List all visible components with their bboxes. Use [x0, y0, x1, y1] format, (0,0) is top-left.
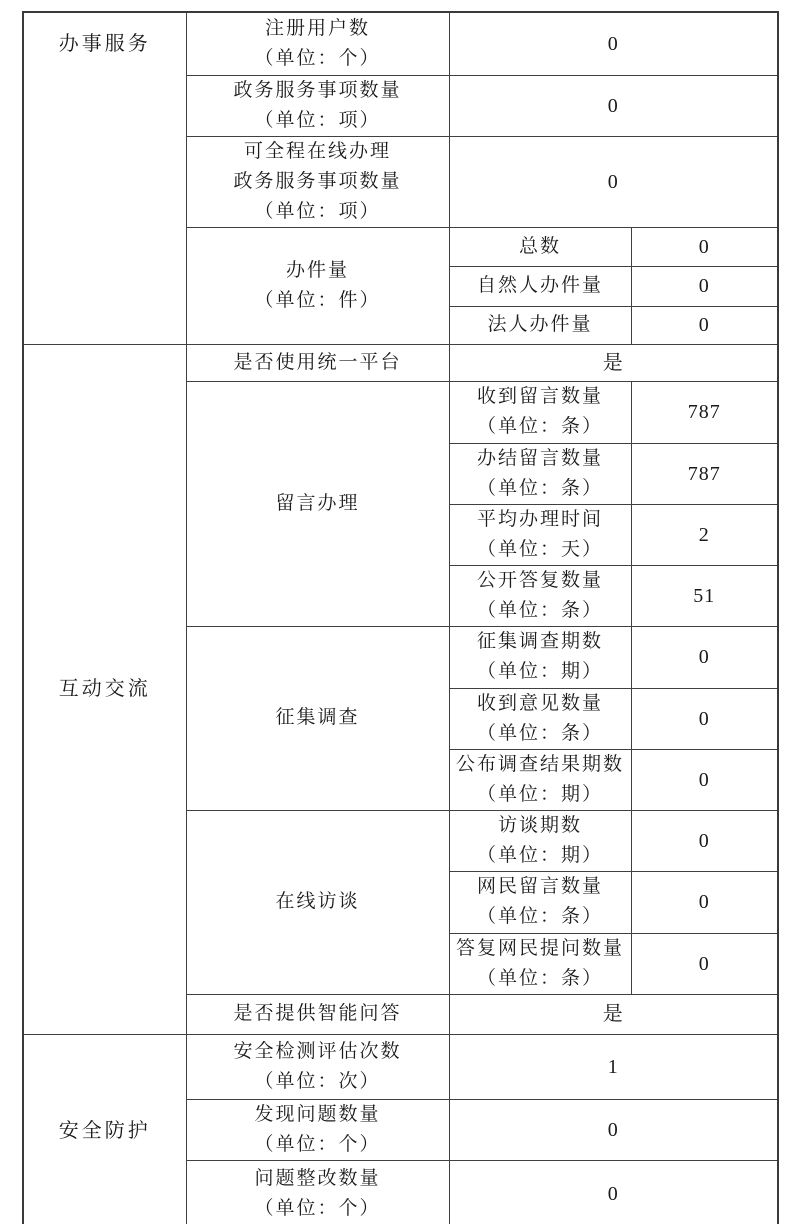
value-cell-unified-platform: 是 — [449, 344, 778, 381]
value-cell-smart-qa: 是 — [449, 994, 778, 1034]
item-cell-unified-platform: 是否使用统一平台 — [186, 344, 449, 381]
item-cell-security-assessments: 安全检测评估次数 （单位：次） — [186, 1034, 449, 1099]
subitem-label: 收到意见数量 — [450, 689, 631, 719]
subitem-unit: （单位：条） — [450, 474, 631, 504]
item-cell-liuyan-banli: 留言办理 — [186, 381, 449, 626]
subitem-cell-avg-handling-time: 平均办理时间 （单位：天） — [449, 504, 631, 565]
table-row: 互动交流 是否使用统一平台 是 — [23, 344, 778, 381]
item-cell-banjianliang: 办件量 （单位：件） — [186, 227, 449, 344]
value-cell-results-published: 0 — [631, 749, 778, 810]
item-label: 可全程在线办理 — [187, 137, 449, 167]
subitem-label: 答复网民提问数量 — [450, 934, 631, 964]
subitem-label: 公开答复数量 — [450, 566, 631, 596]
subitem-cell-legal-person: 法人办件量 — [449, 306, 631, 344]
item-label: 问题整改数量 — [187, 1164, 449, 1194]
subitem-cell-messages-received: 收到留言数量 （单位：条） — [449, 381, 631, 443]
subitem-unit: （单位：条） — [450, 964, 631, 994]
value-cell-total: 0 — [631, 227, 778, 266]
item-cell-problems-rectified: 问题整改数量 （单位：个） — [186, 1160, 449, 1224]
subitem-unit: （单位：期） — [450, 841, 631, 871]
value-cell-avg-handling-time: 2 — [631, 504, 778, 565]
report-page: 办事服务 注册用户数 （单位：个） 0 政务服务事项数量 （单位：项） 0 可全… — [0, 0, 800, 1224]
subitem-cell-survey-periods: 征集调查期数 （单位：期） — [449, 626, 631, 688]
value-cell-netizen-messages: 0 — [631, 871, 778, 933]
subitem-label: 办结留言数量 — [450, 444, 631, 474]
subitem-label: 收到留言数量 — [450, 382, 631, 412]
item-label: 注册用户数 — [187, 14, 449, 44]
item-label: 政务服务事项数量 — [187, 76, 449, 106]
section-label-anquan-fanghu: 安全防护 — [23, 1034, 186, 1224]
value-cell-online-items: 0 — [449, 136, 778, 227]
value-cell-registered-users: 0 — [449, 12, 778, 75]
section-label-hudong-jiaoliu: 互动交流 — [23, 344, 186, 1034]
value-cell-questions-answered: 0 — [631, 933, 778, 994]
item-unit: （单位：次） — [187, 1067, 449, 1097]
item-unit: （单位：件） — [187, 286, 449, 316]
item-cell-smart-qa: 是否提供智能问答 — [186, 994, 449, 1034]
value-cell-problems-rectified: 0 — [449, 1160, 778, 1224]
item-cell-online-items: 可全程在线办理 政务服务事项数量 （单位：项） — [186, 136, 449, 227]
item-cell-registered-users: 注册用户数 （单位：个） — [186, 12, 449, 75]
value-cell-messages-received: 787 — [631, 381, 778, 443]
value-cell-natural-person: 0 — [631, 266, 778, 306]
subitem-unit: （单位：期） — [450, 780, 631, 810]
item-unit: （单位：项） — [187, 106, 449, 136]
item-label: 发现问题数量 — [187, 1100, 449, 1130]
subitem-cell-opinions-received: 收到意见数量 （单位：条） — [449, 688, 631, 749]
item-cell-problems-found: 发现问题数量 （单位：个） — [186, 1099, 449, 1160]
item-label: 安全检测评估次数 — [187, 1037, 449, 1067]
subitem-label: 平均办理时间 — [450, 505, 631, 535]
item-cell-zaixian-fangtan: 在线访谈 — [186, 810, 449, 994]
subitem-label: 网民留言数量 — [450, 872, 631, 902]
value-cell-problems-found: 0 — [449, 1099, 778, 1160]
subitem-unit: （单位：天） — [450, 535, 631, 565]
subitem-cell-interview-periods: 访谈期数 （单位：期） — [449, 810, 631, 871]
subitem-cell-questions-answered: 答复网民提问数量 （单位：条） — [449, 933, 631, 994]
value-cell-survey-periods: 0 — [631, 626, 778, 688]
subitem-unit: （单位：期） — [450, 657, 631, 687]
subitem-label: 征集调查期数 — [450, 627, 631, 657]
item-unit: （单位：个） — [187, 44, 449, 74]
value-cell-legal-person: 0 — [631, 306, 778, 344]
subitem-label: 访谈期数 — [450, 811, 631, 841]
item-cell-zhengji-diaocha: 征集调查 — [186, 626, 449, 810]
subitem-cell-natural-person: 自然人办件量 — [449, 266, 631, 306]
subitem-unit: （单位：条） — [450, 596, 631, 626]
subitem-unit: （单位：条） — [450, 902, 631, 932]
value-cell-security-assessments: 1 — [449, 1034, 778, 1099]
report-table: 办事服务 注册用户数 （单位：个） 0 政务服务事项数量 （单位：项） 0 可全… — [22, 11, 779, 1224]
item-cell-service-items: 政务服务事项数量 （单位：项） — [186, 75, 449, 136]
subitem-cell-public-replies: 公开答复数量 （单位：条） — [449, 565, 631, 626]
subitem-cell-messages-completed: 办结留言数量 （单位：条） — [449, 443, 631, 504]
subitem-cell-total: 总数 — [449, 227, 631, 266]
section-label-banshi-fuwu: 办事服务 — [23, 12, 186, 344]
item-label: 办件量 — [187, 256, 449, 286]
table-row: 办事服务 注册用户数 （单位：个） 0 — [23, 12, 778, 75]
table-row: 安全防护 安全检测评估次数 （单位：次） 1 — [23, 1034, 778, 1099]
value-cell-interview-periods: 0 — [631, 810, 778, 871]
subitem-cell-results-published: 公布调查结果期数 （单位：期） — [449, 749, 631, 810]
item-unit: （单位：个） — [187, 1194, 449, 1224]
subitem-unit: （单位：条） — [450, 412, 631, 442]
subitem-label: 公布调查结果期数 — [450, 750, 631, 780]
item-unit: （单位：个） — [187, 1130, 449, 1160]
value-cell-messages-completed: 787 — [631, 443, 778, 504]
value-cell-opinions-received: 0 — [631, 688, 778, 749]
item-unit: （单位：项） — [187, 197, 449, 227]
item-label: 政务服务事项数量 — [187, 167, 449, 197]
value-cell-public-replies: 51 — [631, 565, 778, 626]
subitem-cell-netizen-messages: 网民留言数量 （单位：条） — [449, 871, 631, 933]
value-cell-service-items: 0 — [449, 75, 778, 136]
subitem-unit: （单位：条） — [450, 719, 631, 749]
